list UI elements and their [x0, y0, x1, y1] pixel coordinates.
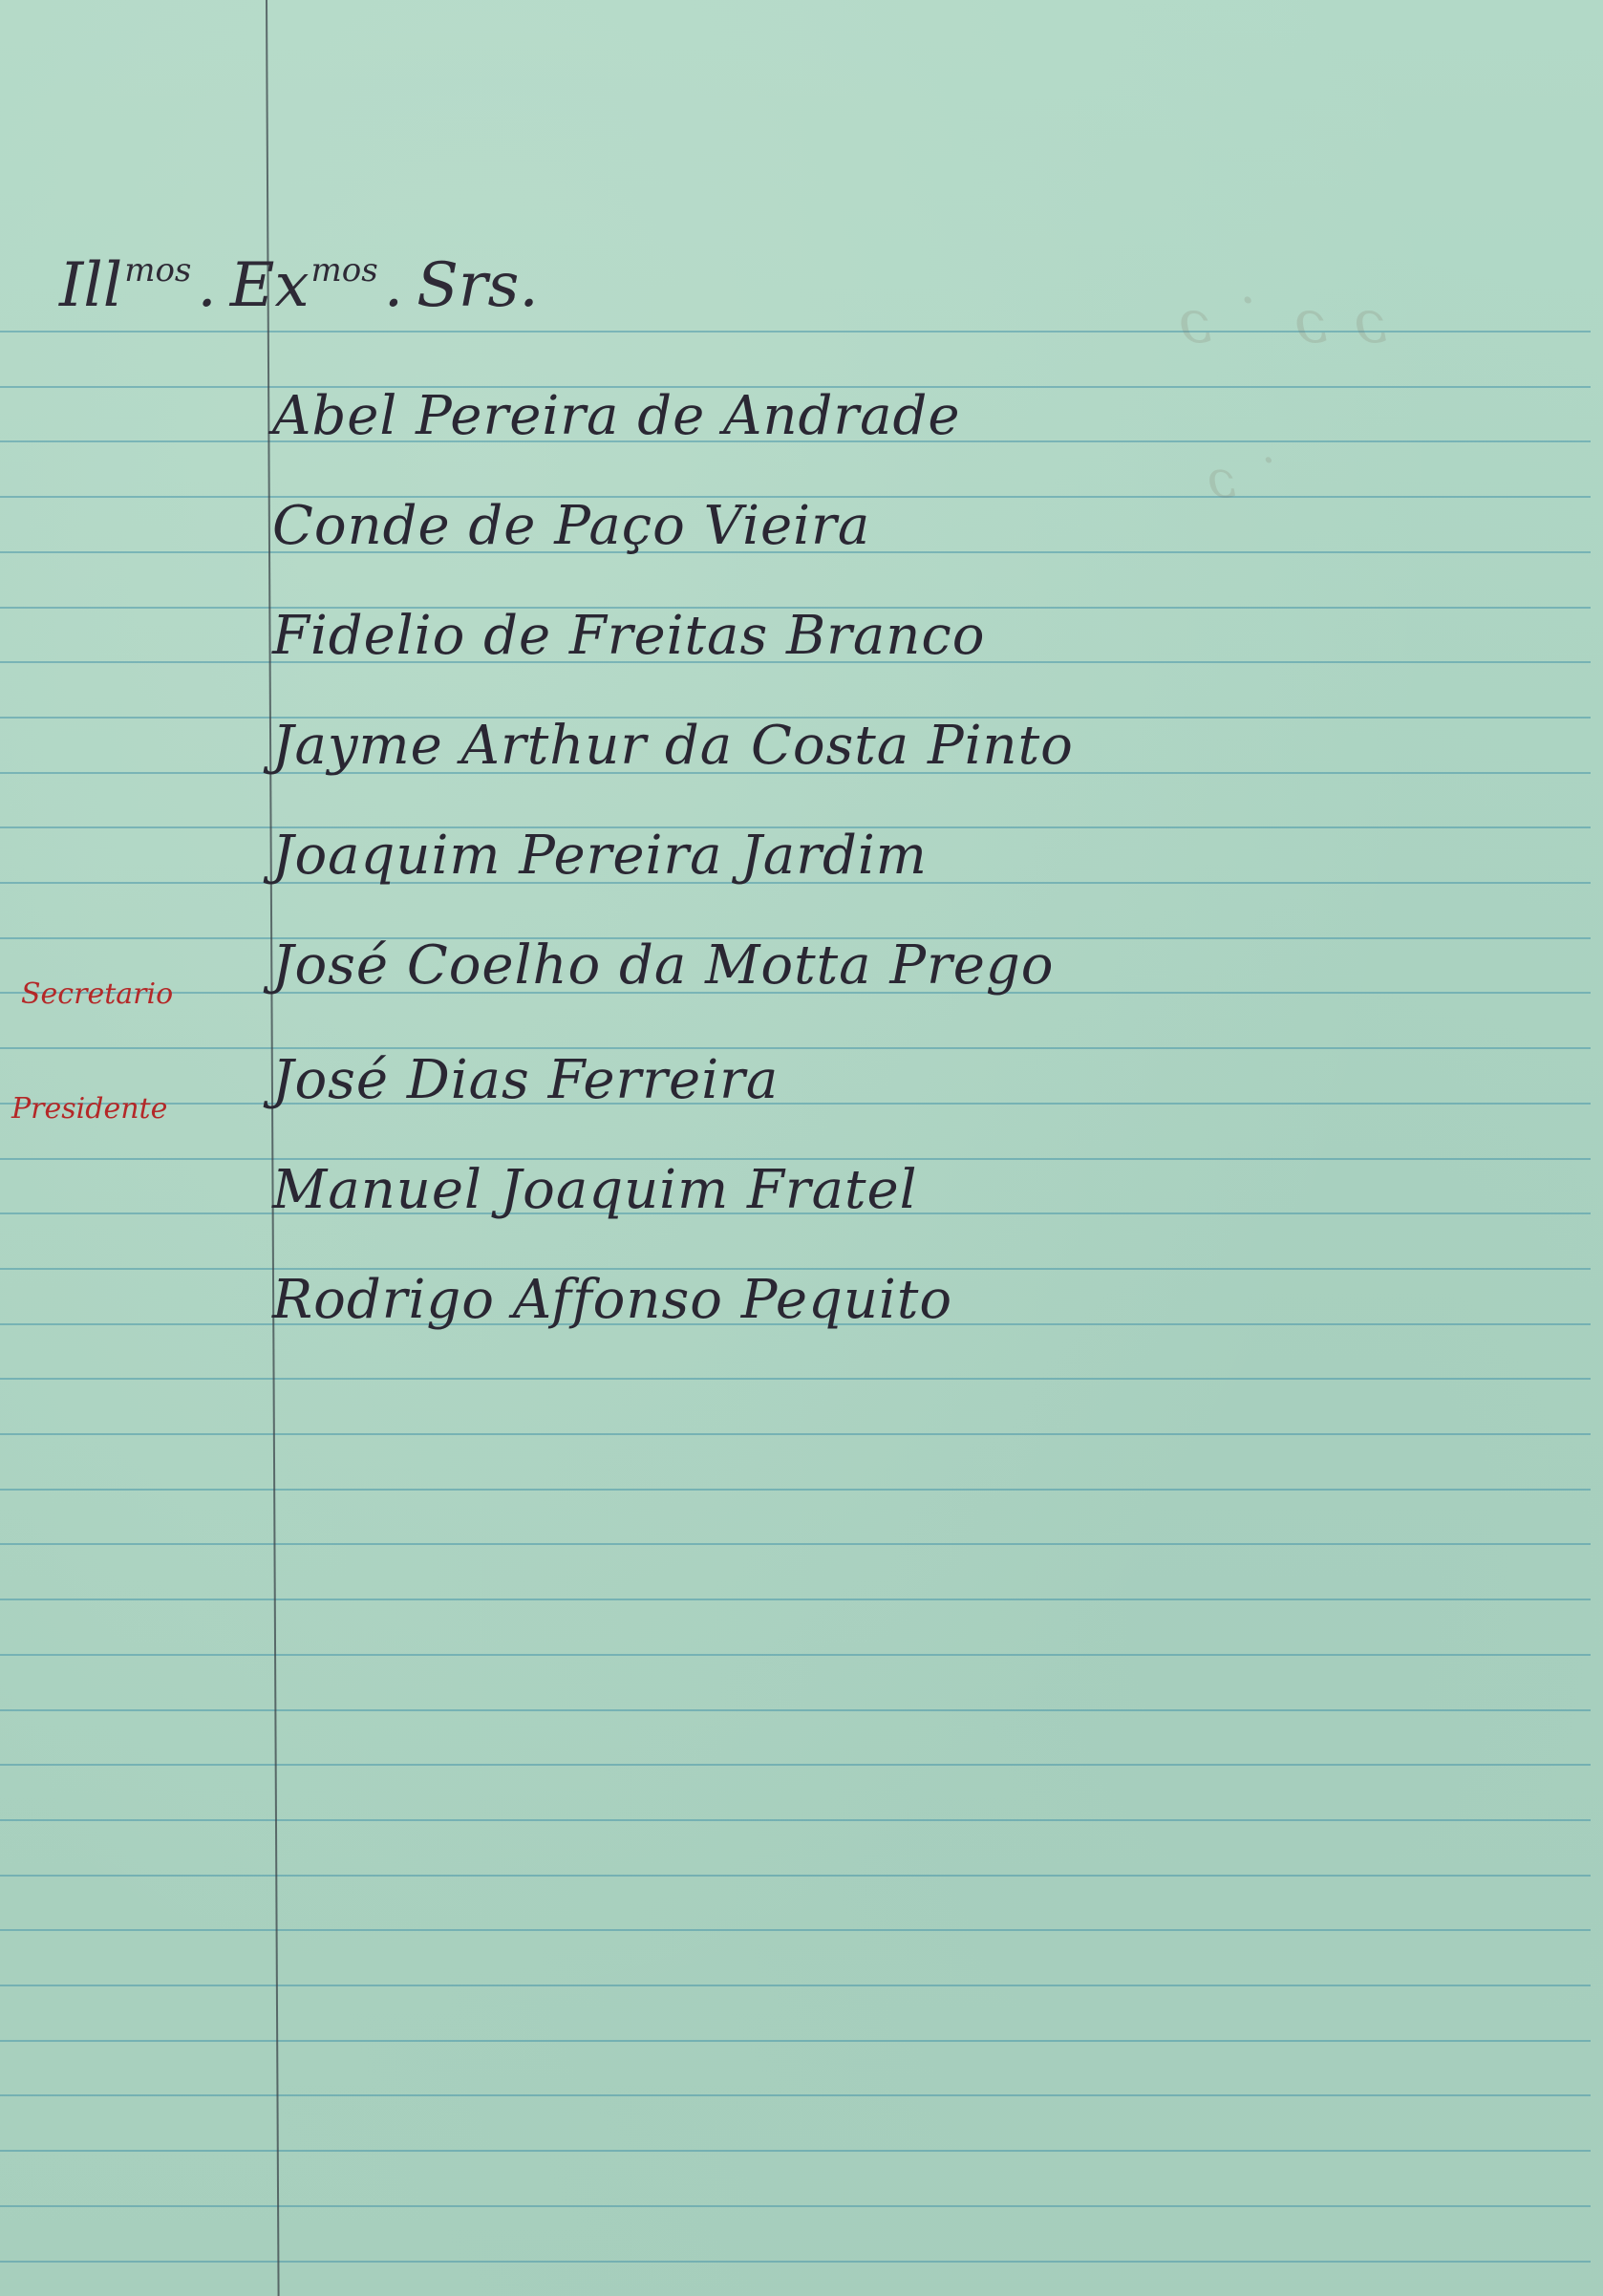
ruled-line	[0, 2040, 1591, 2042]
salutation-ex-sup: mos	[311, 251, 378, 290]
ruled-line	[0, 1985, 1591, 1986]
ruled-line	[0, 1047, 1591, 1049]
ruled-line	[0, 2094, 1591, 2096]
bleed-through-marks: ˙ ɔ	[1204, 449, 1286, 509]
ruled-line	[0, 1654, 1591, 1656]
ruled-line	[0, 1543, 1591, 1545]
ruled-line	[0, 2150, 1591, 2152]
member-name: Fidelio de Freitas Branco	[272, 610, 985, 663]
role-label-presidente: Presidente	[11, 1095, 167, 1124]
ruled-line	[0, 1929, 1591, 1931]
salutation-dot: .	[384, 250, 403, 321]
member-name: Rodrigo Affonso Pequito	[272, 1274, 952, 1327]
ruled-line	[0, 2261, 1591, 2263]
member-name: José Coelho da Motta Prego	[272, 939, 1054, 993]
ruled-line	[0, 2205, 1591, 2207]
ruled-paper-sheet: ɔ ɔ ˙ ɔ ˙ ɔ Illmos.Exmos.Srs. Abel Perei…	[0, 0, 1603, 2296]
salutation-ill-sup: mos	[124, 251, 191, 290]
salutation-dot: .	[197, 250, 216, 321]
role-label-secretario: Secretario	[21, 980, 173, 1009]
ruled-line	[0, 1819, 1591, 1821]
ruled-line	[0, 1103, 1591, 1105]
ruled-line	[0, 1764, 1591, 1766]
member-name: José Dias Ferreira	[272, 1054, 779, 1107]
margin-line	[266, 0, 280, 2296]
salutation-ex: Ex	[230, 250, 310, 321]
member-name: Jayme Arthur da Costa Pinto	[272, 719, 1074, 773]
ruled-line	[0, 1599, 1591, 1600]
ruled-line	[0, 1489, 1591, 1491]
member-name: Abel Pereira de Andrade	[272, 390, 961, 443]
salutation-ill: Ill	[59, 250, 122, 321]
ruled-line	[0, 1709, 1591, 1711]
ruled-line	[0, 1875, 1591, 1877]
member-name: Manuel Joaquim Fratel	[272, 1164, 918, 1217]
salutation-srs: Srs.	[417, 250, 539, 321]
bleed-through-marks: ɔ ɔ ˙ ɔ	[1175, 287, 1387, 356]
member-name: Conde de Paço Vieira	[272, 500, 870, 553]
ruled-line	[0, 1433, 1591, 1435]
salutation: Illmos.Exmos.Srs.	[59, 250, 539, 321]
ruled-line	[0, 1378, 1591, 1380]
member-name: Joaquim Pereira Jardim	[272, 829, 928, 883]
